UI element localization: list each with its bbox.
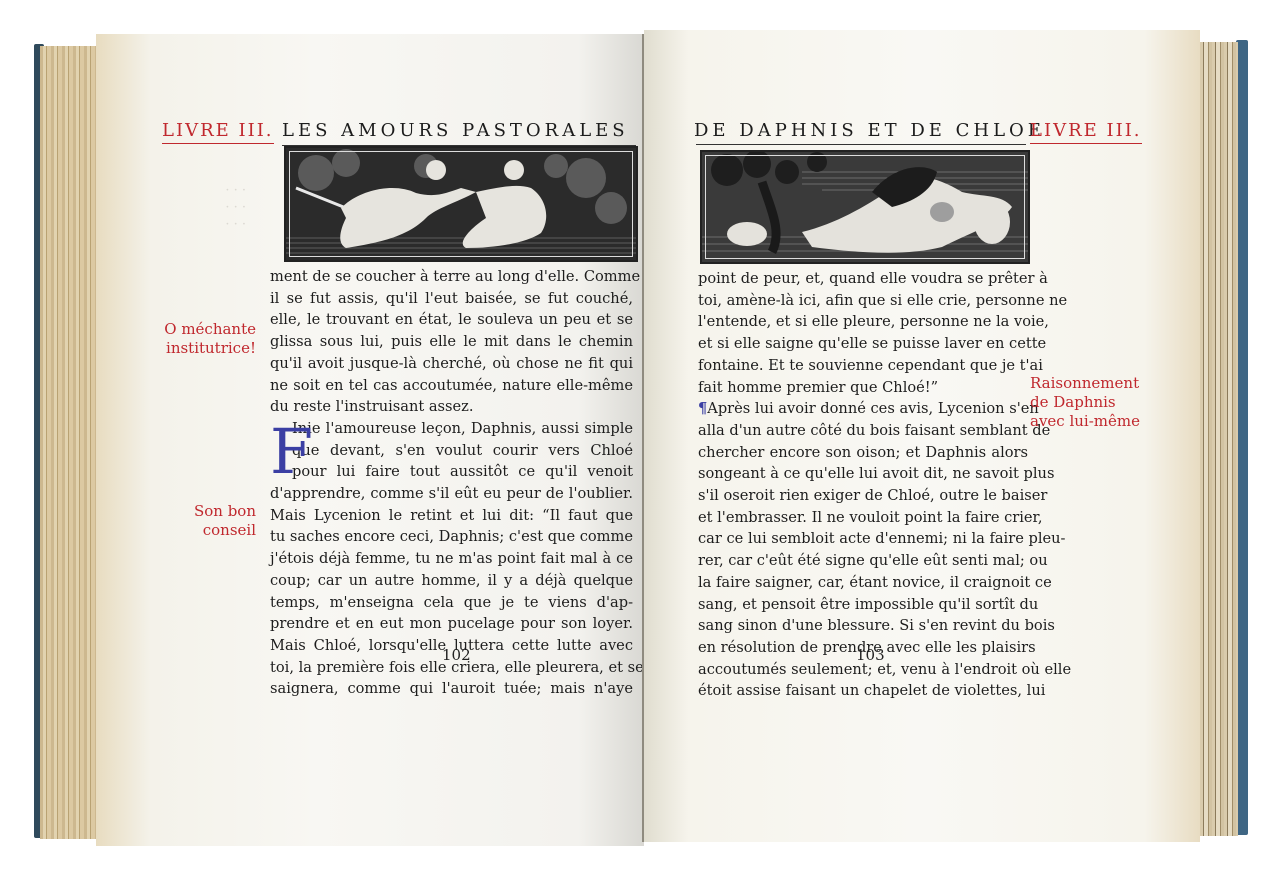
- body-text-right: point de peur, et, quand elle voudra se …: [698, 268, 1028, 702]
- text-line: fontaine. Et te souvienne cependant que …: [698, 355, 1028, 377]
- running-head-section-right: LIVRE III.: [1030, 120, 1142, 144]
- page-number-left: 102: [442, 646, 471, 664]
- head-rule-right: [696, 144, 1026, 145]
- text-line: fait homme premier que Chloé!”: [698, 377, 1028, 399]
- text-line: prendre et en eut mon pucelage pour son …: [270, 613, 633, 635]
- text-line: l'entende, et si elle pleure, personne n…: [698, 311, 1028, 333]
- text-line: car ce lui sembloit acte d'ennemi; ni la…: [698, 528, 1028, 550]
- left-page: LIVRE III. LES AMOURS PASTORALES: [96, 34, 644, 846]
- text-line: et si elle saigne qu'elle se puisse lave…: [698, 333, 1028, 355]
- marginal-note-line: institutrice!: [166, 339, 256, 357]
- running-head-title-left: LES AMOURS PASTORALES: [282, 120, 629, 141]
- marginal-note-line: O méchante: [164, 320, 256, 338]
- text-line: Inie l'amoureuse leçon, Daphnis, aussi s…: [270, 418, 633, 440]
- running-head-title-right: DE DAPHNIS ET DE CHLOE: [694, 120, 1045, 141]
- marginal-note-mechante: O méchante institutrice!: [156, 320, 256, 358]
- text-line: saignera, comme qui l'auroit tuée; mais …: [270, 678, 633, 700]
- text-line: la faire saigner, car, étant novice, il …: [698, 572, 1028, 594]
- marginal-note-line: avec lui-même: [1030, 412, 1140, 430]
- marginal-note-raisonnement: Raisonnement de Daphnis avec lui-même: [1030, 374, 1160, 431]
- text-line: alla d'un autre côté du bois faisant sem…: [698, 420, 1028, 442]
- page-number-right: 103: [856, 646, 885, 664]
- text-line: j'étois déjà femme, tu ne m'as point fai…: [270, 548, 633, 570]
- woodcut-illustration-right: [700, 150, 1030, 264]
- text-line: que devant, s'en voulut courir vers Chlo…: [270, 440, 633, 462]
- text-line: point de peur, et, quand elle voudra se …: [698, 268, 1028, 290]
- woodcut-illustration-left: [284, 146, 638, 262]
- woodcut-daphnis-lycenion-icon: [286, 148, 636, 260]
- marginal-note-bon-conseil: Son bon conseil: [136, 502, 256, 540]
- text-line: songeant à ce qu'elle lui avoit dit, ne …: [698, 463, 1028, 485]
- text-line: toi, amène-là ici, afin que si elle crie…: [698, 290, 1028, 312]
- text-line: ne soit en tel cas accoutumée, nature el…: [270, 375, 633, 397]
- text-line: sang, et pensoit être impossible qu'il s…: [698, 594, 1028, 616]
- text-line: pour lui faire tout aussitôt ce qu'il ve…: [270, 461, 633, 483]
- marginal-note-line: de Daphnis: [1030, 393, 1116, 411]
- text-line: du reste l'instruisant assez.: [270, 396, 633, 418]
- text-line: glissa sous lui, puis elle le mit dans l…: [270, 331, 633, 353]
- text-line: étoit assise faisant un chapelet de viol…: [698, 680, 1028, 702]
- text-line: qu'il avoit jusque-là cherché, où chose …: [270, 353, 633, 375]
- text-line: elle, le trouvant en état, le souleva un…: [270, 309, 633, 331]
- text-line: chercher encore son oison; et Daphnis al…: [698, 442, 1028, 464]
- woodcut-chloe-with-sheep-icon: [702, 152, 1028, 262]
- text-line: sang sinon d'une blessure. Si s'en revin…: [698, 615, 1028, 637]
- drop-cap-initial: F: [270, 422, 313, 482]
- show-through-text: · · ·· · ·· · ·: [166, 182, 246, 233]
- text-line: il se fut assis, qu'il l'eut baisée, se …: [270, 288, 633, 310]
- text-line: coup; car un autre homme, il y a déjà qu…: [270, 570, 633, 592]
- text-line: rer, car c'eût été signe qu'elle eût sen…: [698, 550, 1028, 572]
- marginal-note-line: Raisonnement: [1030, 374, 1139, 392]
- pilcrow-icon: ¶: [698, 400, 707, 417]
- running-head-section-left: LIVRE III.: [162, 120, 274, 144]
- text-line: s'il oseroit rien exiger de Chloé, outre…: [698, 485, 1028, 507]
- right-page: DE DAPHNIS ET DE CHLOE LIVRE III.: [644, 30, 1200, 842]
- text-line: ment de se coucher à terre au long d'ell…: [270, 266, 633, 288]
- text-line: d'apprendre, comme s'il eût eu peur de l…: [270, 483, 633, 505]
- text-line: Après lui avoir donné ces avis, Lycenion…: [707, 400, 1038, 417]
- body-text-left: ment de se coucher à terre au long d'ell…: [270, 266, 633, 700]
- text-line-with-pilcrow: ¶Après lui avoir donné ces avis, Lycenio…: [698, 398, 1028, 420]
- open-book: LIVRE III. LES AMOURS PASTORALES: [30, 30, 1252, 850]
- text-line: Mais Lycenion le retint et lui dit: “Il …: [270, 505, 633, 527]
- text-line: temps, m'enseigna cela que je te viens d…: [270, 592, 633, 614]
- text-line: et l'embrasser. Il ne vouloit point la f…: [698, 507, 1028, 529]
- text-line: tu saches encore ceci, Daphnis; c'est qu…: [270, 526, 633, 548]
- paragraph-with-initial: F Inie l'amoureuse leçon, Daphnis, aussi…: [270, 418, 633, 483]
